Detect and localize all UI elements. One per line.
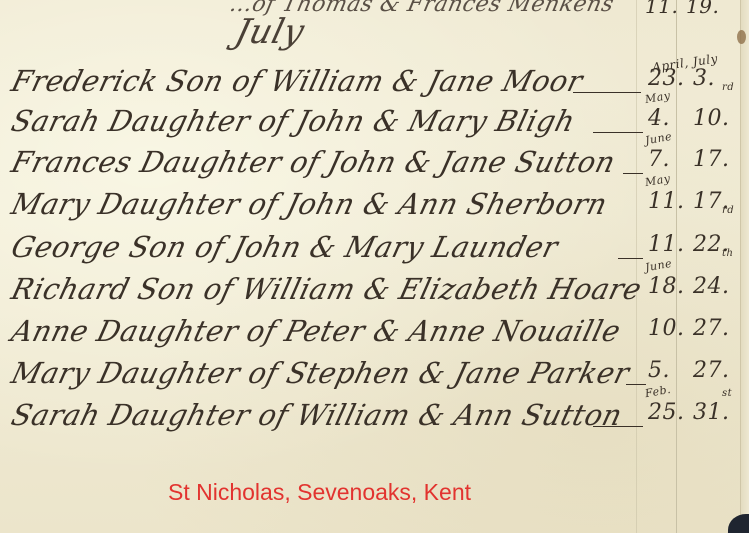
- entry-birth-day: 5.: [648, 358, 670, 383]
- register-entry: George Son of John & Mary Launder 11. 22…: [8, 230, 748, 270]
- register-entry: Frederick Son of William & Jane Moor 23.…: [8, 64, 748, 104]
- entry-dash: [618, 258, 643, 259]
- entry-baptism-suffix: rd: [722, 82, 734, 93]
- entry-birth-day: 11.: [648, 189, 685, 214]
- register-entry: Sarah Daughter of John & Mary Bligh May …: [8, 104, 748, 144]
- ink-stain: [737, 30, 746, 44]
- previous-entry-birth: 11.: [645, 0, 678, 18]
- entry-birth-day: 25.: [648, 400, 685, 425]
- entry-baptism-day: 17.: [693, 147, 730, 172]
- entry-baptism-day: 27.: [693, 358, 730, 383]
- entry-baptism-day: 31.: [693, 400, 730, 425]
- entry-baptism-suffix: st: [722, 388, 732, 399]
- location-caption: St Nicholas, Sevenoaks, Kent: [168, 479, 471, 506]
- entry-text: Anne Daughter of Peter & Anne Nouaille: [8, 314, 624, 348]
- register-page: …of Thomas & Frances Menkens 11. 19. Jul…: [0, 0, 749, 533]
- entry-dash: [623, 173, 643, 174]
- entry-birth-day: 4.: [648, 106, 670, 131]
- entry-birth-day: 18.: [648, 274, 685, 299]
- entry-birth-day: 7.: [648, 147, 670, 172]
- entry-birth-month: May: [644, 89, 671, 106]
- entry-dash: [593, 426, 643, 427]
- entry-text: Mary Daughter of John & Ann Sherborn: [8, 187, 611, 221]
- entry-text: Sarah Daughter of William & Ann Sutton: [8, 398, 626, 432]
- entry-text: George Son of John & Mary Launder: [8, 230, 562, 264]
- entry-text: Sarah Daughter of John & Mary Bligh: [8, 104, 579, 138]
- entry-baptism-day: 3.: [693, 66, 715, 91]
- month-heading: July: [231, 12, 309, 52]
- previous-entry-baptism: 19.: [686, 0, 719, 18]
- entry-birth-day: 11.: [648, 232, 685, 257]
- register-entry: Mary Daughter of Stephen & Jane Parker 5…: [8, 356, 748, 396]
- entry-text: Frances Daughter of John & Jane Sutton: [8, 145, 619, 179]
- entry-birth-month: May: [644, 172, 671, 189]
- register-entry: Mary Daughter of John & Ann Sherborn May…: [8, 187, 748, 227]
- entry-baptism-suffix: th: [722, 248, 733, 259]
- entry-birth-day: 10.: [648, 316, 685, 341]
- entry-dash: [626, 384, 646, 385]
- register-entry: Anne Daughter of Peter & Anne Nouaille 1…: [8, 314, 748, 354]
- entry-dash: [573, 92, 641, 93]
- entry-baptism-suffix: rd: [722, 205, 734, 216]
- entry-baptism-day: 10.: [693, 106, 730, 131]
- entry-text: Richard Son of William & Elizabeth Hoare: [8, 272, 645, 306]
- entry-baptism-day: 24.: [693, 274, 730, 299]
- register-entry: Frances Daughter of John & Jane Sutton J…: [8, 145, 748, 185]
- entry-text: Frederick Son of William & Jane Moor: [8, 64, 586, 98]
- entry-dash: [593, 132, 643, 133]
- entry-baptism-day: 27.: [693, 316, 730, 341]
- register-entry: Sarah Daughter of William & Ann Sutton F…: [8, 398, 748, 438]
- entry-birth-day: 23.: [648, 66, 685, 91]
- entry-text: Mary Daughter of Stephen & Jane Parker: [8, 356, 633, 390]
- register-entry: Richard Son of William & Elizabeth Hoare…: [8, 272, 748, 312]
